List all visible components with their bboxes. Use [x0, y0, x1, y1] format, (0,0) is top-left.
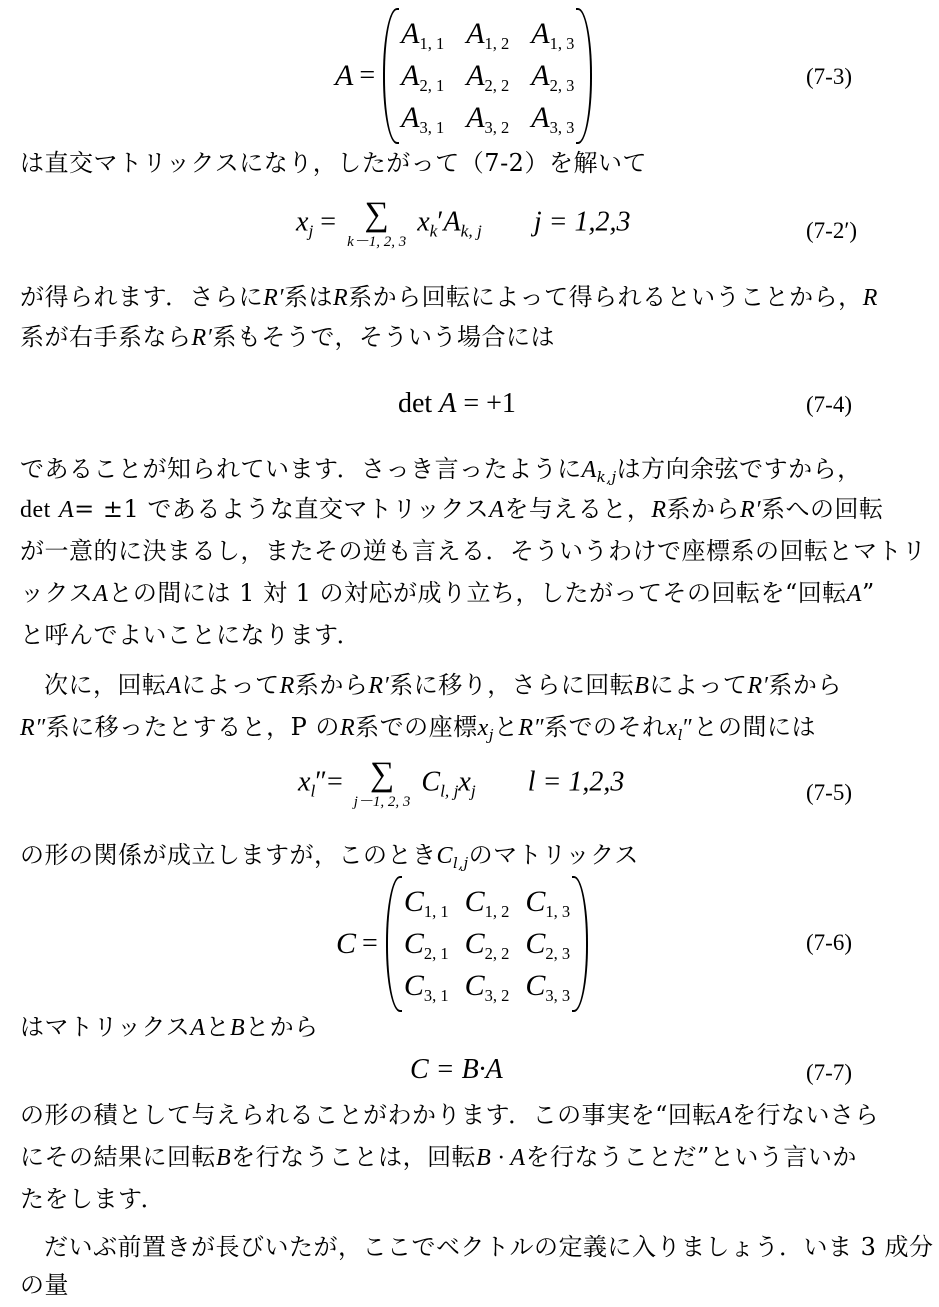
left-paren	[386, 876, 402, 1012]
equation-7-5: xl″= ∑ j－1, 2, 3 Cl, jxj l = 1,2,3	[298, 758, 624, 810]
matrix-cell: C2, 1	[404, 925, 449, 963]
equals-sign: =	[362, 928, 378, 960]
summation: ∑ j－1, 2, 3	[354, 758, 411, 810]
text-line: ックスAとの間には 1 対 1 の対応が成り立ち，したがってその回転を“回転A”	[20, 578, 925, 609]
text-line: が一意的に決まるし，またその逆も言える．そういうわけで座標系の回転とマトリ	[20, 536, 925, 566]
text-line: と呼んでよいことになります．	[20, 620, 925, 650]
equation-number: (7-6)	[806, 930, 852, 956]
matrix-cell: C2, 3	[525, 925, 570, 963]
text-line: 系が右手系ならR′系もそうで，そういう場合には	[20, 322, 925, 353]
equation-number: (7-2′)	[806, 218, 857, 244]
matrix-cell: C1, 3	[525, 883, 570, 921]
matrix-cell: C1, 1	[404, 883, 449, 921]
text-line: R″系に移ったとすると，P のR系での座標xjとR″系でのそれxl″との間には	[20, 712, 925, 743]
matrix-cell: A2, 2	[466, 57, 509, 95]
matrix-cell: C2, 2	[465, 925, 510, 963]
equation-7-7: C = B·A	[410, 1054, 503, 1086]
text-line: の形の積として与えられることがわかります．この事実を“回転Aを行ないさら	[20, 1100, 925, 1131]
equation-number: (7-5)	[806, 780, 852, 806]
sigma-limits: j－1, 2, 3	[354, 794, 411, 810]
equation-number: (7-4)	[806, 392, 852, 418]
text-line: の量	[20, 1270, 925, 1300]
sigma-symbol: ∑	[365, 198, 389, 232]
text-line: が得られます．さらにR′系はR系から回転によって得られるということから，R	[20, 282, 925, 313]
matrix-cell: A3, 1	[401, 99, 444, 137]
text-line: 次に，回転AによってR系からR′系に移り，さらに回転BによってR′系から	[20, 670, 925, 701]
text-line: は直交マトリックスになり，したがって（7-2）を解いて	[20, 148, 925, 178]
matrix-cell: A1, 1	[401, 15, 444, 53]
matrix-cell: A2, 3	[531, 57, 574, 95]
equation-7-4: det A = +1	[398, 388, 516, 420]
matrix-cell: A2, 1	[401, 57, 444, 95]
matrix-cell: A1, 2	[466, 15, 509, 53]
matrix-cell: A3, 3	[531, 99, 574, 137]
matrix-c-grid: C1, 1 C1, 2 C1, 3 C2, 1 C2, 2 C2, 3 C3, …	[402, 883, 572, 1005]
text-line: はマトリックスAとBとから	[20, 1012, 925, 1043]
summation: ∑ k－1, 2, 3	[347, 198, 406, 250]
right-paren	[576, 8, 592, 144]
equals-sign: =	[359, 60, 375, 92]
matrix-lhs: A	[335, 59, 353, 93]
text-line: だいぶ前置きが長びいたが，ここでベクトルの定義に入りましょう．いま 3 成分	[20, 1232, 925, 1262]
equation-7-2-prime: xj = ∑ k－1, 2, 3 xk′Ak, j j = 1,2,3	[296, 198, 631, 250]
equation-7-3: A = A1, 1 A1, 2 A1, 3 A2, 1 A2, 2 A2, 3 …	[335, 8, 592, 144]
matrix-cell: C3, 3	[525, 967, 570, 1005]
sigma-limits: k－1, 2, 3	[347, 234, 406, 250]
text-line: であることが知られています．さっき言ったようにAk,jは方向余弦ですから，	[20, 454, 925, 485]
equation-7-6: C = C1, 1 C1, 2 C1, 3 C2, 1 C2, 2 C2, 3 …	[336, 876, 588, 1012]
equation-number: (7-3)	[806, 64, 852, 90]
left-paren	[383, 8, 399, 144]
matrix-cell: C3, 2	[465, 967, 510, 1005]
matrix-cell: A1, 3	[531, 15, 574, 53]
matrix-lhs: C	[336, 927, 356, 961]
text-line: det A= ±1 であるような直交マトリックスAを与えると，R系からR′系への…	[20, 494, 925, 525]
matrix-a-grid: A1, 1 A1, 2 A1, 3 A2, 1 A2, 2 A2, 3 A3, …	[399, 15, 576, 137]
sigma-symbol: ∑	[370, 758, 394, 792]
equation-number: (7-7)	[806, 1060, 852, 1086]
matrix-cell: C1, 2	[465, 883, 510, 921]
text-line: たをします．	[20, 1184, 925, 1214]
text-line: にその結果に回転Bを行なうことは，回転B · Aを行なうことだ”という言いか	[20, 1142, 925, 1173]
right-paren	[572, 876, 588, 1012]
matrix-cell: A3, 2	[466, 99, 509, 137]
matrix-cell: C3, 1	[404, 967, 449, 1005]
text-line: の形の関係が成立しますが，このときCl,jのマトリックス	[20, 840, 925, 871]
